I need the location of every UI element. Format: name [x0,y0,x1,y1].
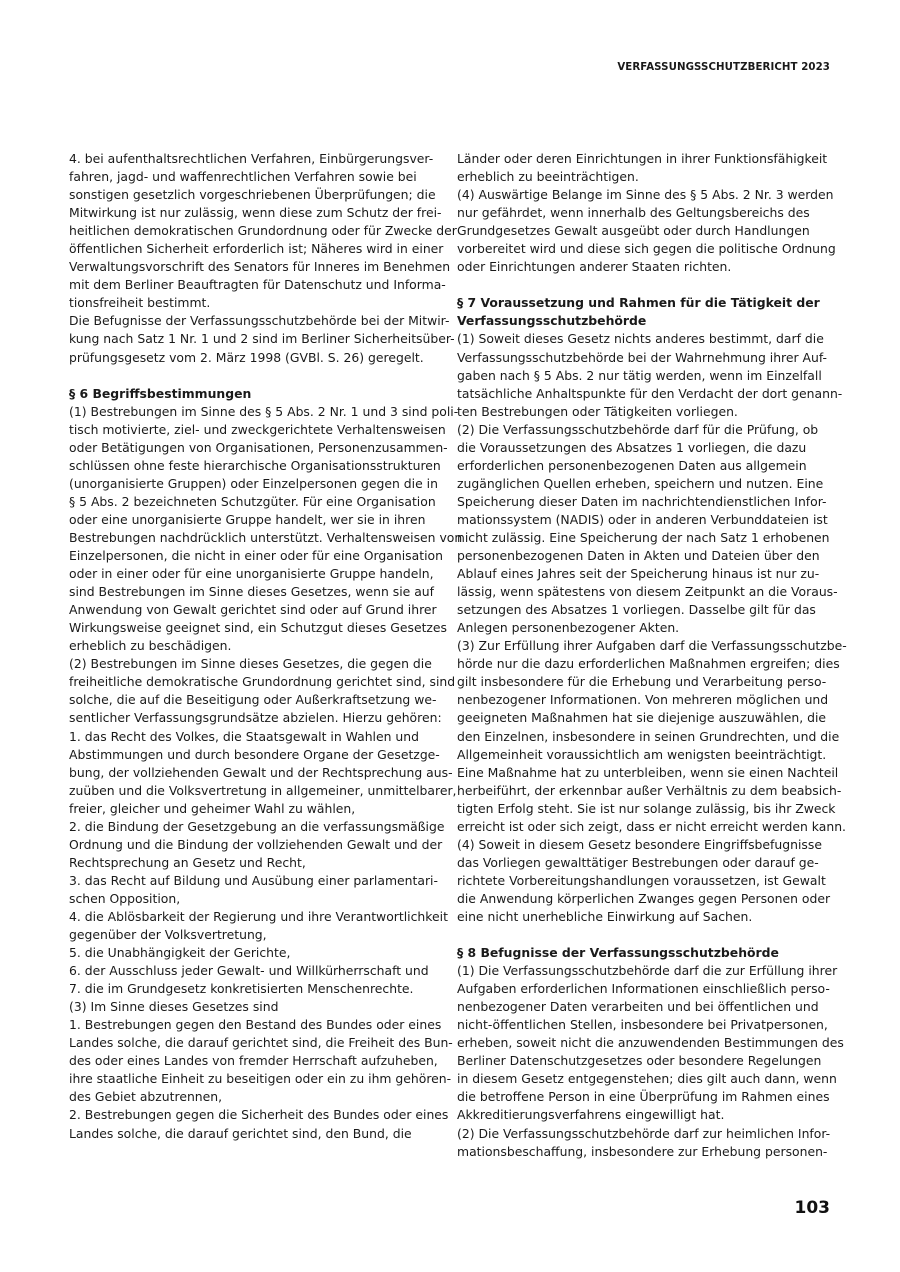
text-line: tatsächliche Anhaltspunkte für den Verda… [457,385,852,403]
text-line: 1. Bestrebungen gegen den Bestand des Bu… [69,1016,459,1034]
text-line: Verwaltungsvorschrift des Senators für I… [69,258,459,276]
text-line: (4) Auswärtige Belange im Sinne des § 5 … [457,186,852,204]
text-line: hörde nur die dazu erforderlichen Maßnah… [457,655,852,673]
text-line: § 5 Abs. 2 bezeichneten Schutzgüter. Für… [69,493,459,511]
text-line: bung, der vollziehenden Gewalt und der R… [69,764,459,782]
text-line: die Voraussetzungen des Absatzes 1 vorli… [457,439,852,457]
text-line: tigten Erfolg steht. Sie ist nur solange… [457,800,852,818]
text-line: tisch motivierte, ziel- und zweckgericht… [69,421,459,439]
text-line: in diesem Gesetz entgegenstehen; dies gi… [457,1070,852,1088]
text-line: 2. die Bindung der Gesetzgebung an die v… [69,818,459,836]
text-line: gegenüber der Volksvertretung, [69,926,459,944]
text-line: Wirkungsweise geeignet sind, ein Schutzg… [69,619,459,637]
text-line: Bestrebungen nachdrücklich unterstützt. … [69,529,459,547]
text-line: Grundgesetzes Gewalt ausgeübt oder durch… [457,222,852,240]
text-line: (4) Soweit in diesem Gesetz besondere Ei… [457,836,852,854]
text-line: sentlicher Verfassungsgrundsätze abziele… [69,709,459,727]
text-line: Akkreditierungsverfahrens eingewilligt h… [457,1106,852,1124]
text-line: 3. das Recht auf Bildung und Ausübung ei… [69,872,459,890]
text-line: die betroffene Person in eine Überprüfun… [457,1088,852,1106]
text-line: Ablauf eines Jahres seit der Speicherung… [457,565,852,583]
text-line: nenbezogener Informationen. Von mehreren… [457,691,852,709]
text-line: (1) Bestrebungen im Sinne des § 5 Abs. 2… [69,403,459,421]
paragraph-continuation: 4. bei aufenthaltsrechtlichen Verfahren,… [69,150,459,367]
paragraph-continuation: Länder oder deren Einrichtungen in ihrer… [457,150,852,276]
text-line: oder in einer oder für eine unorganisier… [69,565,459,583]
page-number: 103 [795,1198,831,1218]
text-line: richtete Vorbereitungshandlungen vorauss… [457,872,852,890]
text-line: das Vorliegen gewalttätiger Bestrebungen… [457,854,852,872]
text-line: Landes solche, die darauf gerichtet sind… [69,1034,459,1052]
text-line: ten Bestrebungen oder Tätigkeiten vorlie… [457,403,852,421]
left-column: 4. bei aufenthaltsrechtlichen Verfahren,… [69,150,459,1143]
section-7: § 7 Voraussetzung und Rahmen für die Tät… [457,294,852,926]
section-8-body: (1) Die Verfassungsschutzbehörde darf di… [457,962,852,1161]
text-line: § 7 Voraussetzung und Rahmen für die Tät… [457,294,852,312]
text-line: zuüben und die Volksvertretung in allgem… [69,782,459,800]
text-line: erreicht ist oder sich zeigt, dass er ni… [457,818,852,836]
text-line: nur gefährdet, wenn innerhalb des Geltun… [457,204,852,222]
text-line: freier, gleicher und geheimer Wahl zu wä… [69,800,459,818]
text-line: (3) Zur Erfüllung ihrer Aufgaben darf di… [457,637,852,655]
text-line: Allgemeinheit voraussichtlich am wenigst… [457,746,852,764]
text-line: vorbereitet wird und diese sich gegen di… [457,240,852,258]
text-line: ihre staatliche Einheit zu beseitigen od… [69,1070,459,1088]
text-line: Anwendung von Gewalt gerichtet sind oder… [69,601,459,619]
text-line: freiheitliche demokratische Grundordnung… [69,673,459,691]
text-line: (2) Die Verfassungsschutzbehörde darf zu… [457,1125,852,1143]
section-6: § 6 Begriffsbestimmungen (1) Bestrebunge… [69,385,459,1143]
text-line: herbeiführt, der erkennbar außer Verhält… [457,782,852,800]
spacer [457,926,852,944]
text-line: Einzelpersonen, die nicht in einer oder … [69,547,459,565]
text-line: erheben, soweit nicht die anzuwendenden … [457,1034,852,1052]
text-line: Verfassungsschutzbehörde bei der Wahrneh… [457,349,852,367]
text-line: 6. der Ausschluss jeder Gewalt- und Will… [69,962,459,980]
text-line: Ordnung und die Bindung der vollziehende… [69,836,459,854]
running-header: VERFASSUNGSSCHUTZBERICHT 2023 [617,62,830,73]
text-line: 4. bei aufenthaltsrechtlichen Verfahren,… [69,150,459,168]
text-line: eine nicht unerhebliche Einwirkung auf S… [457,908,852,926]
text-line: den Einzelnen, insbesondere in seinen Gr… [457,728,852,746]
text-line: geeigneten Maßnahmen hat sie diejenige a… [457,709,852,727]
text-line: des oder eines Landes von fremder Herrsc… [69,1052,459,1070]
section-6-body: (1) Bestrebungen im Sinne des § 5 Abs. 2… [69,403,459,1143]
spacer [457,276,852,294]
text-line: 7. die im Grundgesetz konkretisierten Me… [69,980,459,998]
text-line: Verfassungsschutzbehörde [457,312,852,330]
text-line: mit dem Berliner Beauftragten für Datens… [69,276,459,294]
text-line: erheblich zu beeinträchtigen. [457,168,852,186]
text-line: gaben nach § 5 Abs. 2 nur tätig werden, … [457,367,852,385]
text-line: 4. die Ablösbarkeit der Regierung und ih… [69,908,459,926]
text-line: nicht zulässig. Eine Speicherung der nac… [457,529,852,547]
text-line: erforderlichen personenbezogenen Daten a… [457,457,852,475]
text-line: des Gebiet abzutrennen, [69,1088,459,1106]
section-7-body: (1) Soweit dieses Gesetz nichts anderes … [457,330,852,926]
text-line: kung nach Satz 1 Nr. 1 und 2 sind im Ber… [69,330,459,348]
text-line: Speicherung dieser Daten im nachrichtend… [457,493,852,511]
text-line: zugänglichen Quellen erheben, speichern … [457,475,852,493]
right-column: Länder oder deren Einrichtungen in ihrer… [457,150,852,1161]
text-line: schen Opposition, [69,890,459,908]
text-line: schlüssen ohne feste hierarchische Organ… [69,457,459,475]
text-line: Anlegen personenbezogener Akten. [457,619,852,637]
section-heading: § 8 Befugnisse der Verfassungsschutzbehö… [457,944,852,962]
text-line: gilt insbesondere für die Erhebung und V… [457,673,852,691]
text-line: (2) Bestrebungen im Sinne dieses Gesetze… [69,655,459,673]
section-heading: § 6 Begriffsbestimmungen [69,385,459,403]
text-line: Die Befugnisse der Verfassungsschutzbehö… [69,312,459,330]
text-line: Rechtsprechung an Gesetz und Recht, [69,854,459,872]
text-line: nenbezogener Daten verarbeiten und bei ö… [457,998,852,1016]
text-line: nicht-öffentlichen Stellen, insbesondere… [457,1016,852,1034]
text-line: öffentlichen Sicherheit erforderlich ist… [69,240,459,258]
text-line: Landes solche, die darauf gerichtet sind… [69,1125,459,1143]
text-line: die Anwendung körperlichen Zwanges gegen… [457,890,852,908]
text-line: sonstigen gesetzlich vorgeschriebenen Üb… [69,186,459,204]
text-line: tionsfreiheit bestimmt. [69,294,459,312]
text-line: setzungen des Absatzes 1 vorliegen. Dass… [457,601,852,619]
text-line: heitlichen demokratischen Grundordnung o… [69,222,459,240]
text-line: fahren, jagd- und waffenrechtlichen Verf… [69,168,459,186]
text-line: (3) Im Sinne dieses Gesetzes sind [69,998,459,1016]
text-line: oder eine unorganisierte Gruppe handelt,… [69,511,459,529]
text-line: lässig, wenn spätestens von diesem Zeitp… [457,583,852,601]
text-line: (unorganisierte Gruppen) oder Einzelpers… [69,475,459,493]
text-line: sind Bestrebungen im Sinne dieses Gesetz… [69,583,459,601]
text-line: erheblich zu beschädigen. [69,637,459,655]
text-line: 2. Bestrebungen gegen die Sicherheit des… [69,1106,459,1124]
text-line: Mitwirkung ist nur zulässig, wenn diese … [69,204,459,222]
text-line: (2) Die Verfassungsschutzbehörde darf fü… [457,421,852,439]
spacer [69,367,459,385]
text-line: Abstimmungen und durch besondere Organe … [69,746,459,764]
text-line: 5. die Unabhängigkeit der Gerichte, [69,944,459,962]
text-line: (1) Soweit dieses Gesetz nichts anderes … [457,330,852,348]
text-line: mationsbeschaffung, insbesondere zur Erh… [457,1143,852,1161]
text-line: Berliner Datenschutzgesetzes oder besond… [457,1052,852,1070]
text-line: oder Einrichtungen anderer Staaten richt… [457,258,852,276]
text-line: (1) Die Verfassungsschutzbehörde darf di… [457,962,852,980]
text-line: oder Betätigungen von Organisationen, Pe… [69,439,459,457]
text-line: Aufgaben erforderlichen Informationen ei… [457,980,852,998]
text-line: mationssystem (NADIS) oder in anderen Ve… [457,511,852,529]
text-line: Eine Maßnahme hat zu unterbleiben, wenn … [457,764,852,782]
text-line: Länder oder deren Einrichtungen in ihrer… [457,150,852,168]
section-heading: § 7 Voraussetzung und Rahmen für die Tät… [457,294,852,330]
text-line: solche, die auf die Beseitigung oder Auß… [69,691,459,709]
section-8: § 8 Befugnisse der Verfassungsschutzbehö… [457,944,852,1161]
text-line: 1. das Recht des Volkes, die Staatsgewal… [69,728,459,746]
text-line: prüfungsgesetz vom 2. März 1998 (GVBl. S… [69,349,459,367]
text-line: personenbezogenen Daten in Akten und Dat… [457,547,852,565]
